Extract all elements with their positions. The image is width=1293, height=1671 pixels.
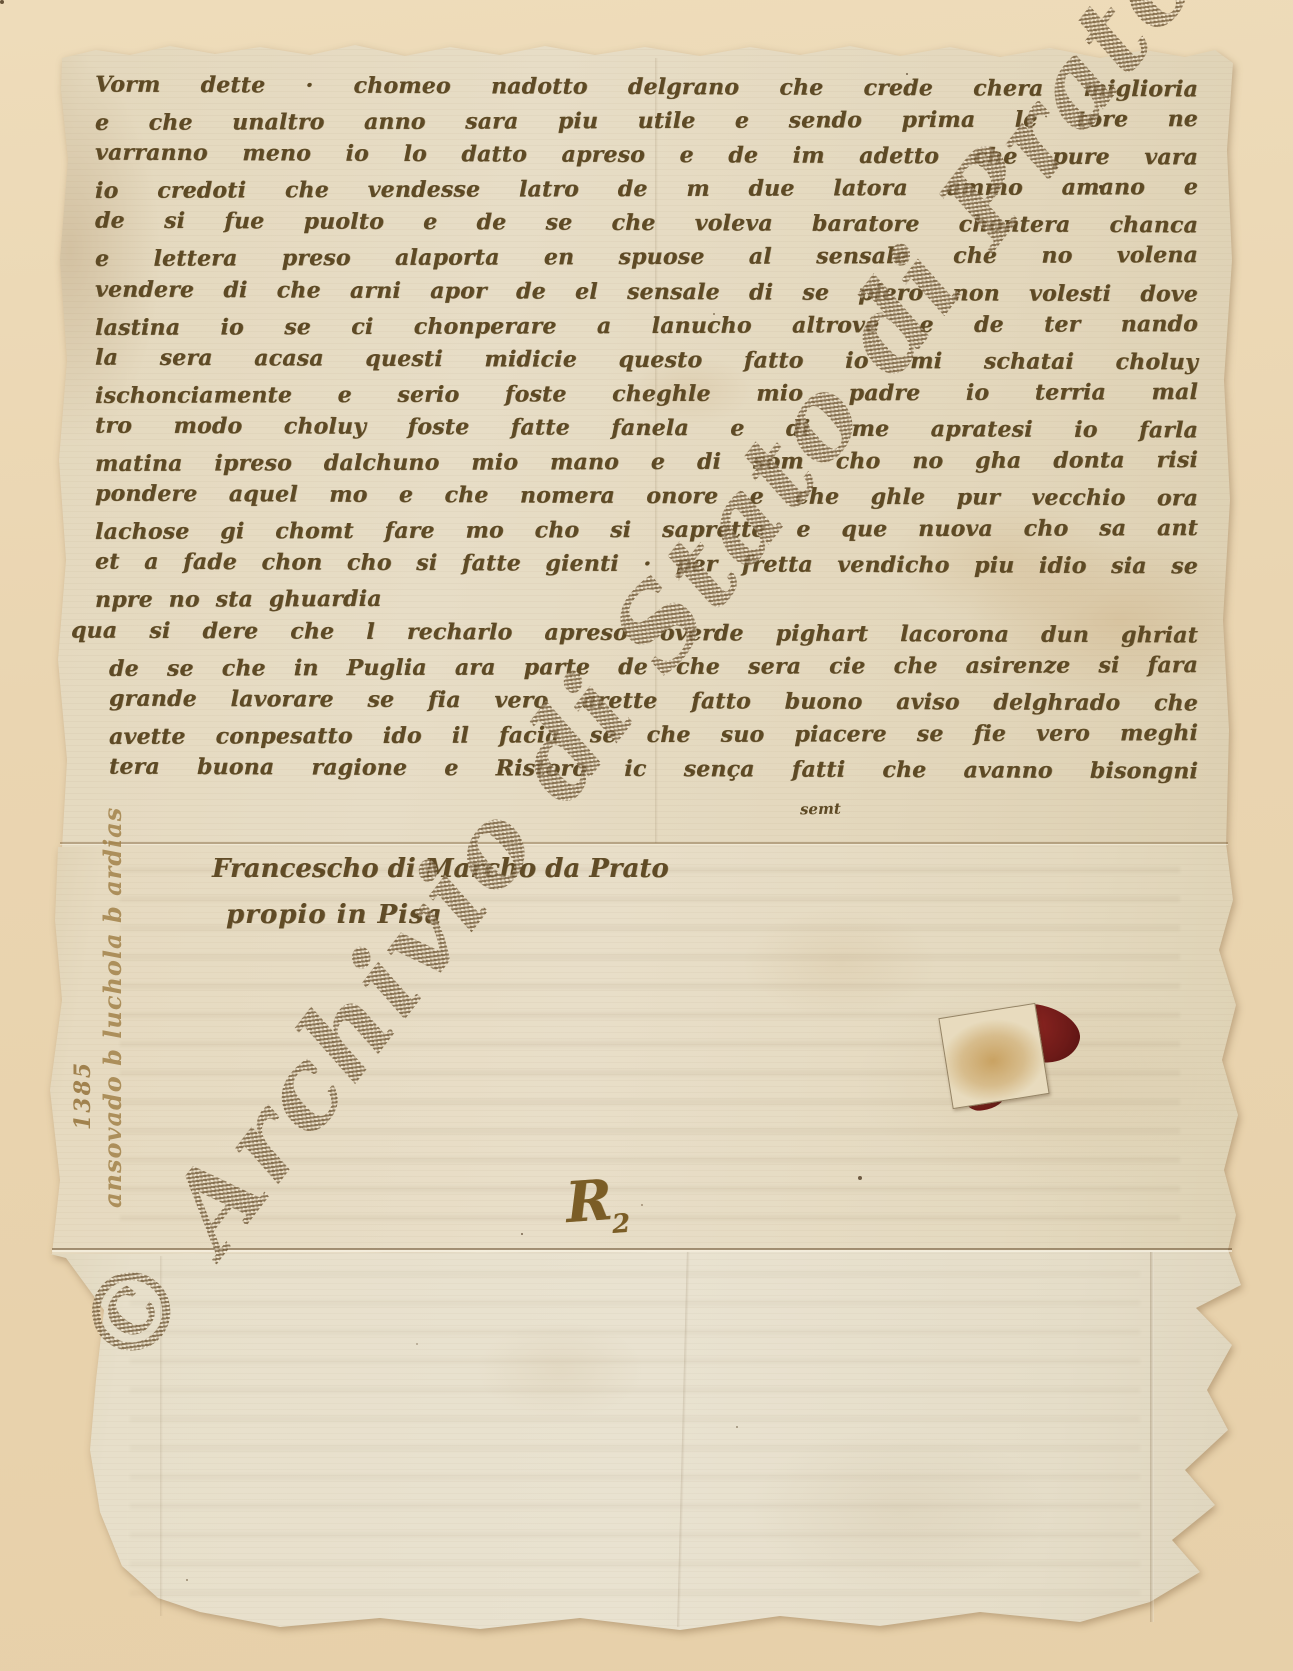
- right-flap-crease: [1150, 1252, 1154, 1622]
- fold-crease-lower: [52, 1247, 1232, 1252]
- text-line: e lettera preso alaporta en spuose al se…: [95, 239, 1198, 277]
- ink-specks: [0, 0, 4, 4]
- document-scan: Vorm dette · chomeo nadotto delgrano che…: [0, 0, 1293, 1671]
- ink-bleedthrough-bottom: [130, 1265, 1140, 1615]
- address-line-place: propio in Pisa: [226, 892, 669, 938]
- fold-crease-upper: [60, 841, 1228, 845]
- text-line: avette conpesatto ido il facia se che su…: [109, 716, 1198, 754]
- left-bottom-crease: [160, 1256, 163, 1616]
- text-line: vendere di che arni apor de el sensale d…: [95, 272, 1198, 311]
- text-line: pondere aquel mo e che nomera onore e ch…: [95, 477, 1198, 516]
- address-line-recipient: Francescho di Marcho da Prato: [212, 846, 669, 892]
- text-line: qua si dere che l recharlo apreso overde…: [71, 613, 1198, 652]
- seal-paper-patch: [938, 1003, 1049, 1109]
- text-line: tro modo choluy foste fatte fanela e di …: [95, 409, 1198, 448]
- text-line: npre no sta ghuardia: [95, 579, 1198, 617]
- registry-letter: R: [564, 1167, 615, 1236]
- text-line: matina ipreso dalchuno mio mano e di som…: [95, 443, 1198, 481]
- text-line: grande lavorare se fia vero arette fatto…: [109, 681, 1198, 720]
- text-line: de se che in Puglia ara parte de che ser…: [109, 648, 1198, 686]
- vertical-docket: ansovado b luchola b ardias: [98, 828, 127, 1208]
- text-line: lachose gi chomt fare mo cho si saprette…: [95, 511, 1198, 549]
- text-line: Vorm dette · chomeo nadotto delgrano che…: [95, 68, 1198, 107]
- wax-seal-assembly: [940, 1000, 1090, 1120]
- text-line: e che unaltro anno sara piu utile e send…: [95, 102, 1198, 140]
- interline-insertion: semt: [800, 800, 841, 819]
- address-block: Francescho di Marcho da Prato propio in …: [212, 846, 669, 938]
- text-line: tera buona ragione e Ristoro ic sença fa…: [109, 749, 1198, 788]
- text-line: lastina io se ci chonperare a lanucho al…: [95, 307, 1198, 345]
- text-line: et a fade chon cho si fatte gienti · per…: [95, 545, 1198, 584]
- bottom-vertical-crease: [677, 1252, 690, 1627]
- text-line: la sera acasa questi midicie questo fatt…: [95, 340, 1198, 379]
- letter-text-block: Vorm dette · chomeo nadotto delgrano che…: [95, 70, 1198, 786]
- text-line: varranno meno io lo datto apreso e de im…: [95, 136, 1198, 175]
- text-line: de si fue puolto e de se che voleva bara…: [95, 204, 1198, 243]
- text-line: io credoti che vendesse latro de m due l…: [95, 170, 1198, 208]
- text-line: ischonciamente e serio foste cheghle mio…: [95, 375, 1198, 413]
- blank-bottom-panel: [0, 1250, 1293, 1650]
- registry-mark: R2: [564, 1166, 632, 1243]
- registry-subscript: 2: [611, 1209, 631, 1240]
- docket-year: 1385: [70, 1061, 96, 1130]
